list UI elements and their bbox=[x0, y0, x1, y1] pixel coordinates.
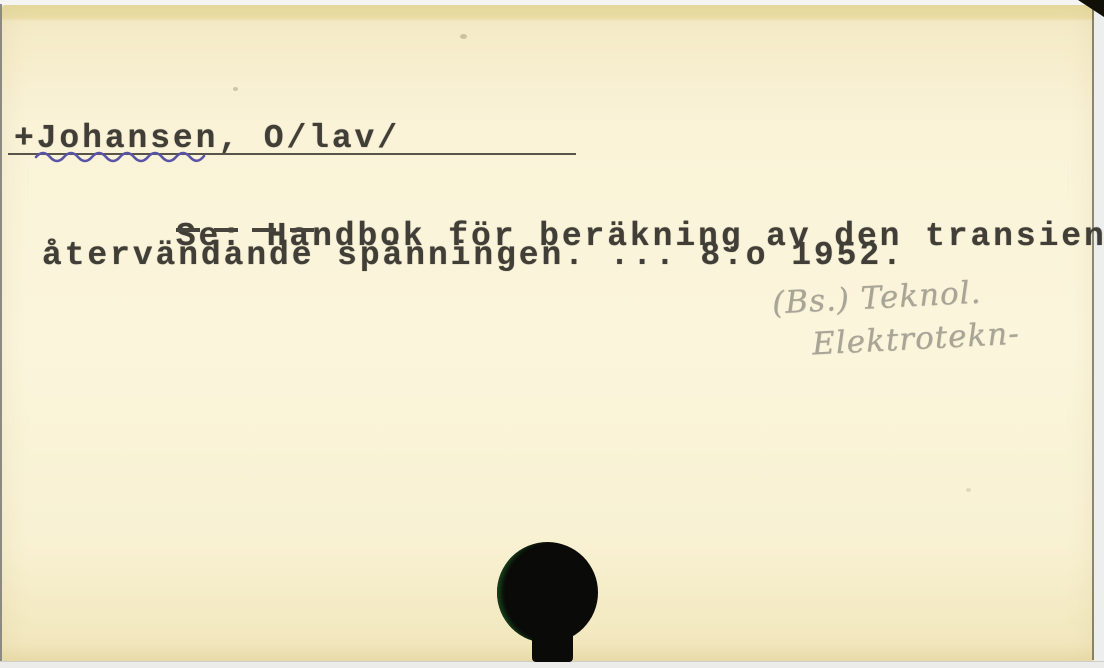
scan-speck bbox=[233, 87, 238, 91]
blue-squiggle-underline-icon bbox=[33, 147, 209, 165]
title-dashed-underline bbox=[176, 228, 328, 232]
scan-speck bbox=[460, 34, 467, 39]
card-right-edge bbox=[1092, 8, 1094, 660]
punch-hole-slot bbox=[532, 618, 573, 662]
scan-speck bbox=[966, 488, 971, 492]
card-left-edge bbox=[0, 4, 2, 662]
scan-bottom-margin bbox=[0, 661, 1104, 668]
reference-line-2: återvändande spänningen. ... 8:o 1952. bbox=[42, 241, 905, 271]
catalog-card-scan: +Johansen, O/lav/ Se: Handbok för beräkn… bbox=[0, 0, 1104, 668]
scan-right-margin bbox=[1094, 0, 1104, 668]
